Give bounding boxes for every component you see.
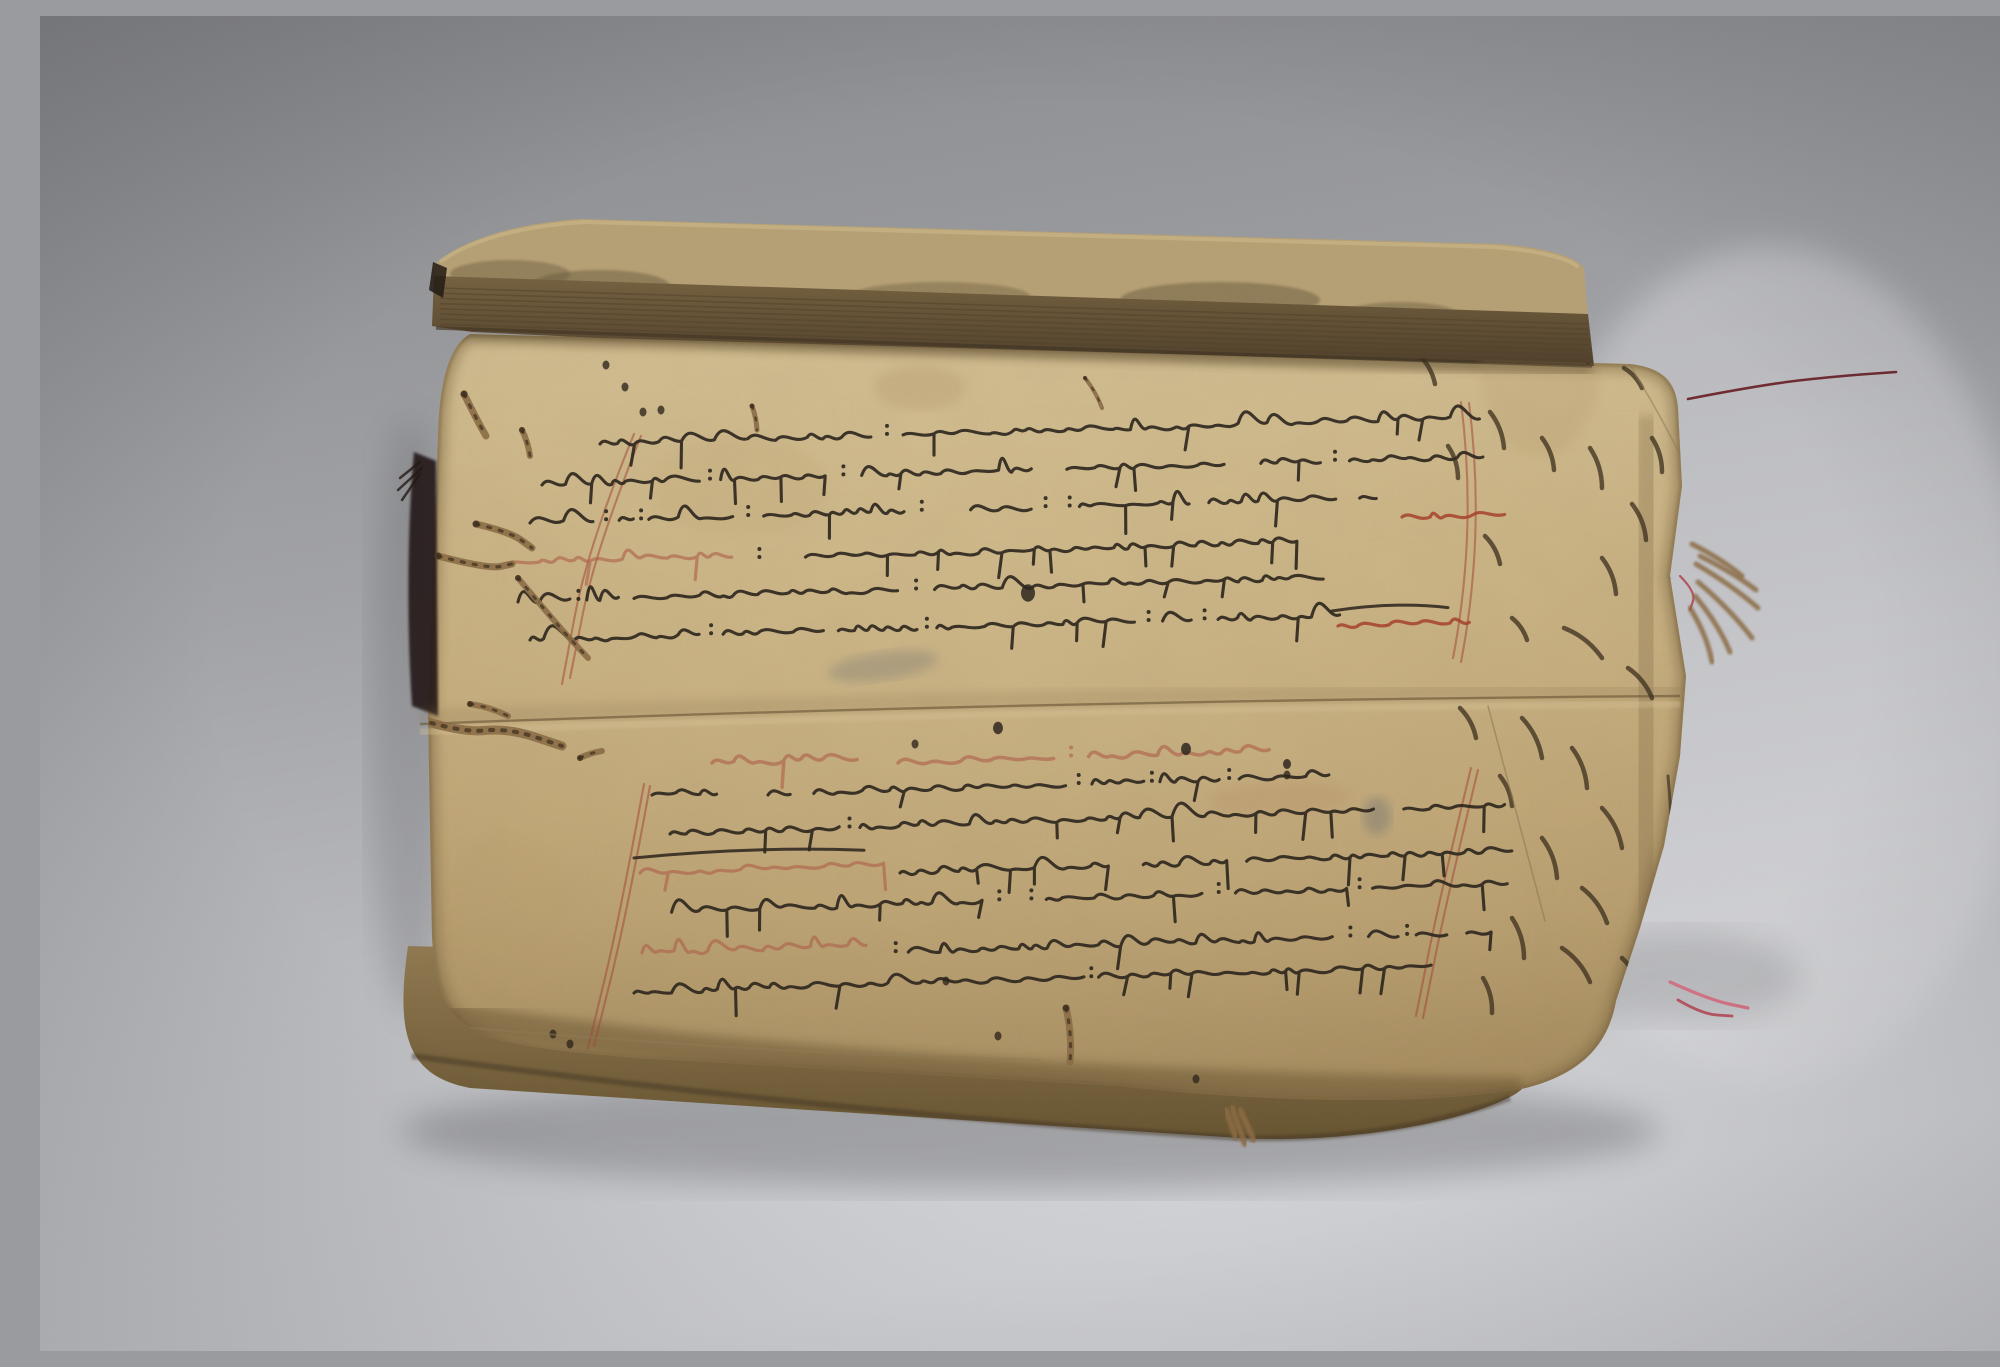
photo-grain [40, 16, 2000, 1351]
scene-canvas [40, 16, 2000, 1351]
manuscript-photograph [40, 16, 2000, 1351]
